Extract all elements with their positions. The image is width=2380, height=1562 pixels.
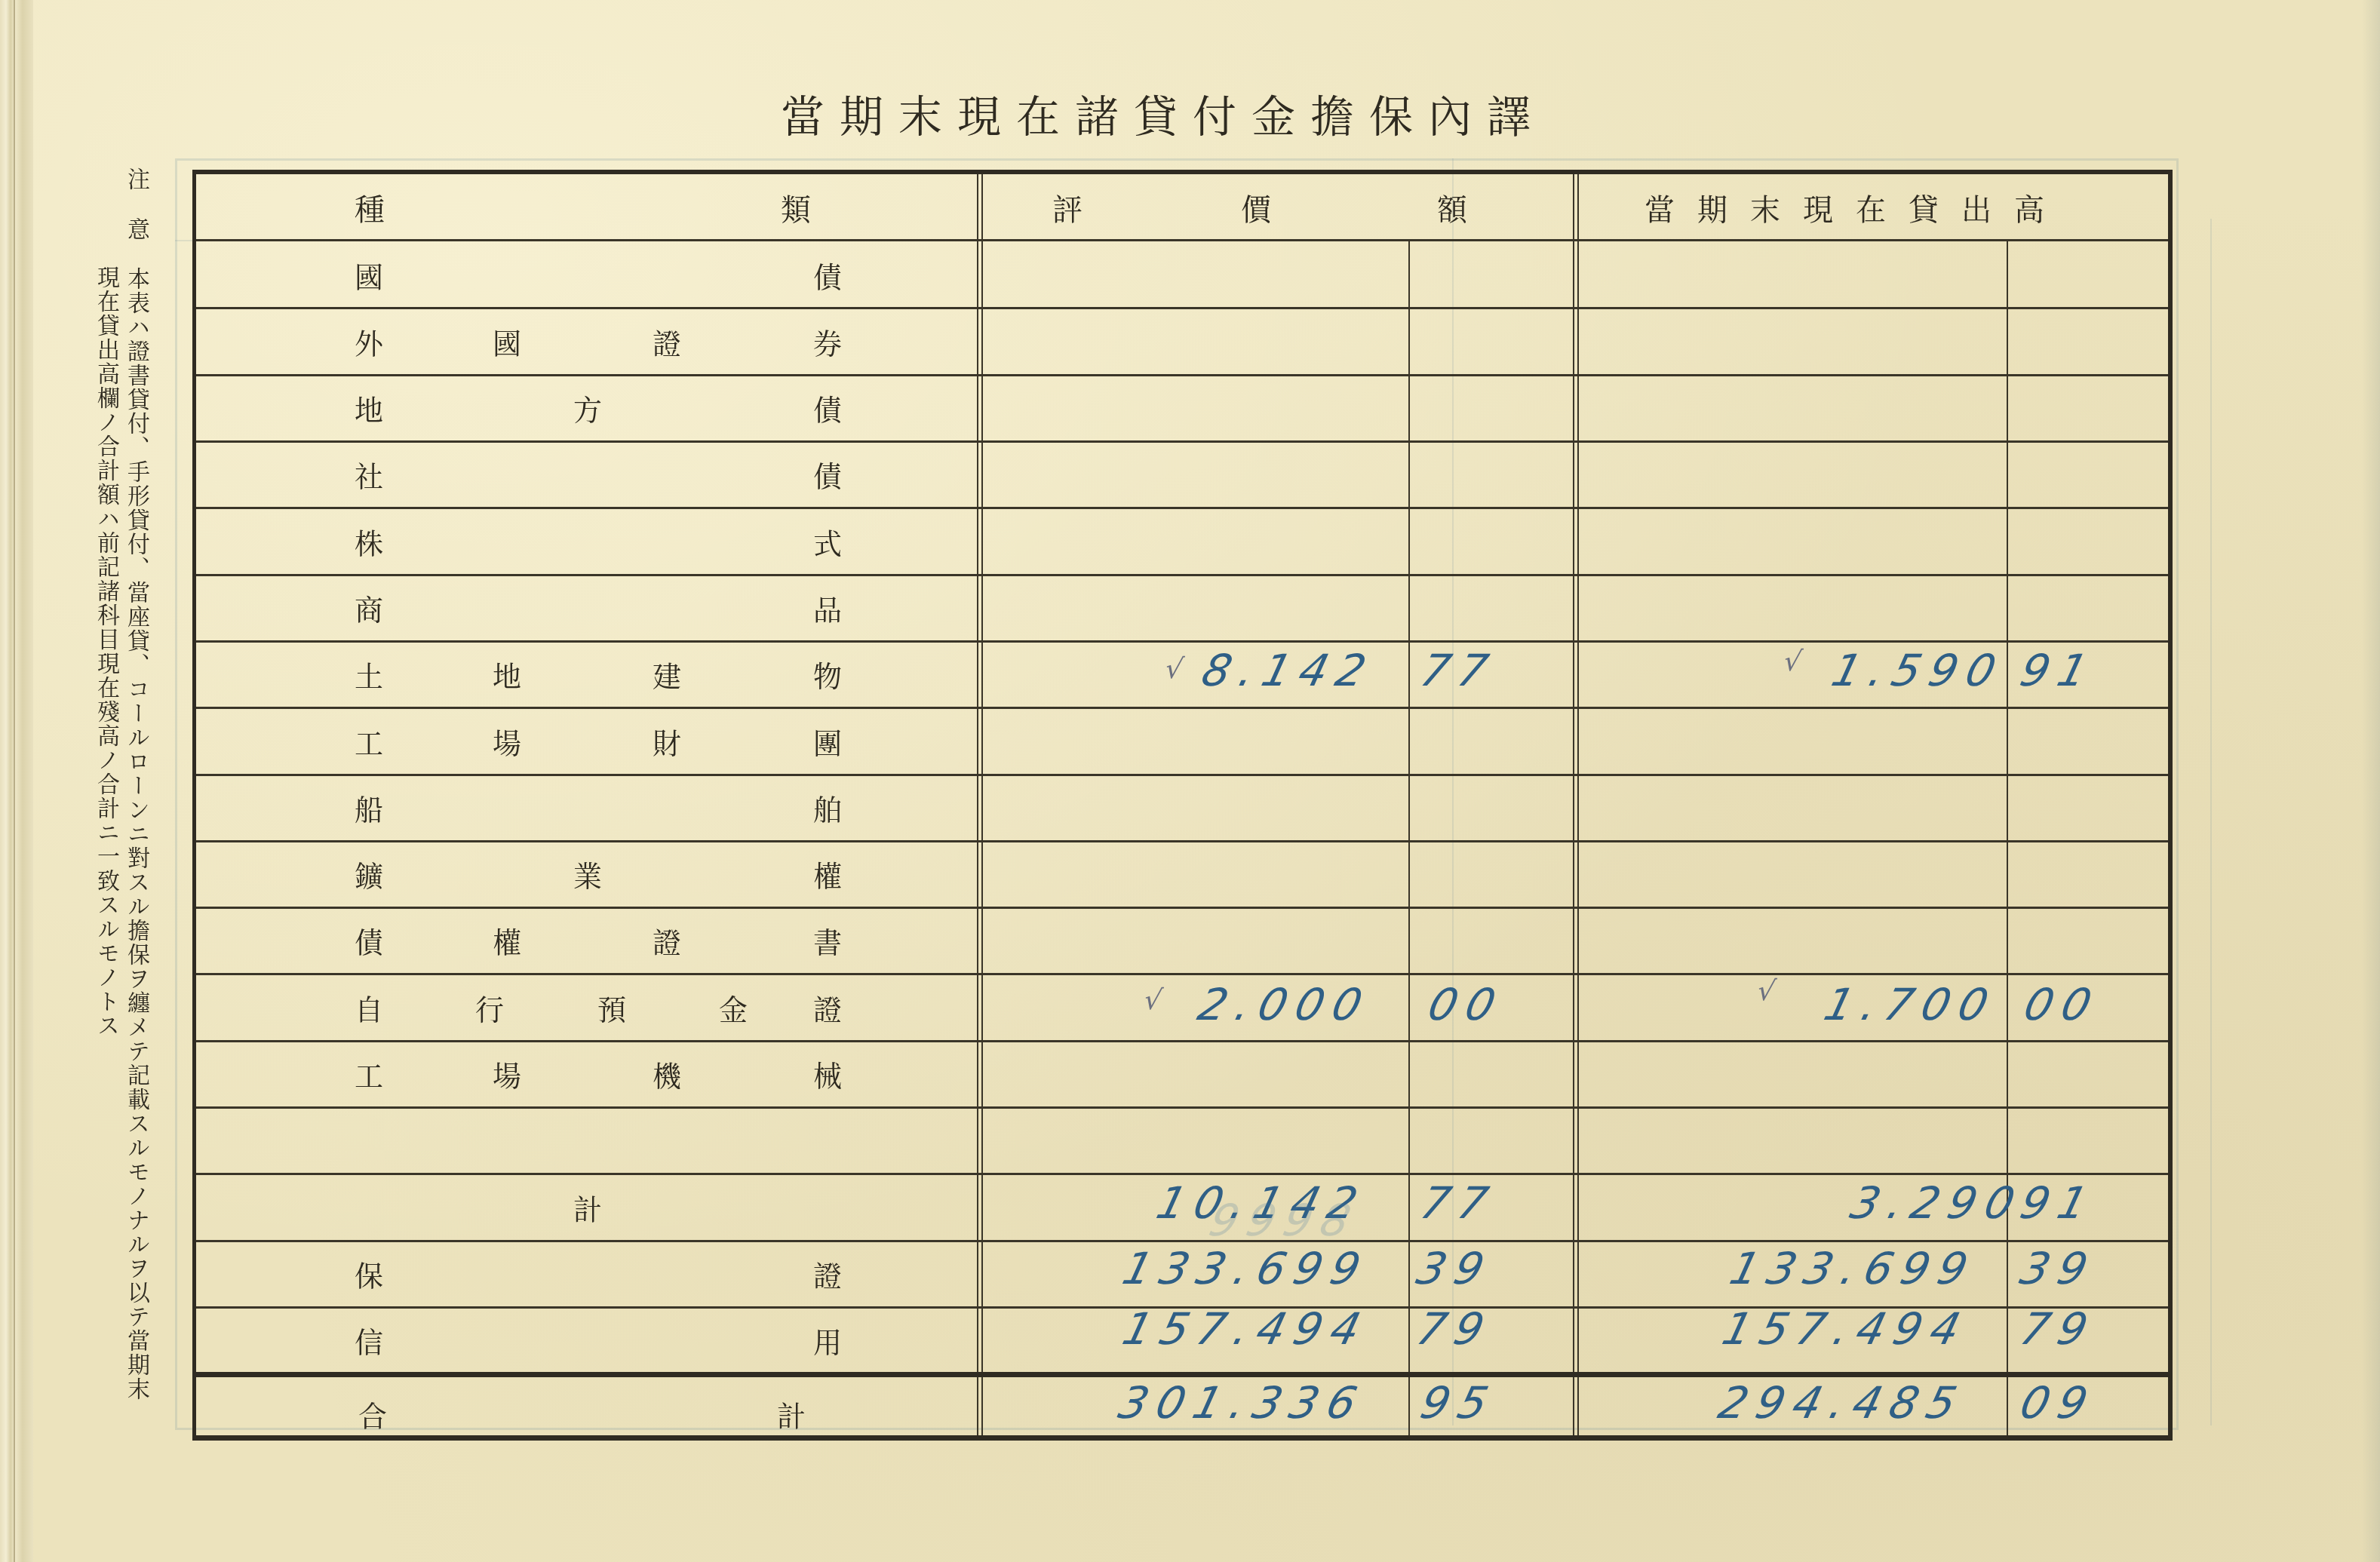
category-char: 品 [813,587,842,628]
page-right-shadow [2362,0,2380,1562]
category-char: 商 [355,587,383,628]
table-row: 自 行 預 金 證 √ 2.000 00 √ 1.700 00 [192,973,2173,1040]
outstanding-sen: 09 [2016,1377,2102,1429]
category-char: 械 [813,1053,842,1094]
row-category: 鑛 業 權 [192,840,981,907]
row-category: 土 地 建 物 [192,640,981,707]
category-char: 債 [813,387,842,428]
category-char: 用 [813,1318,842,1360]
category-char: 預 [597,986,626,1027]
outstanding-yen: 133.699 [1725,1243,1982,1294]
category-char: 機 [653,1053,681,1094]
category-char: 建 [653,653,681,695]
row-category: 信 用 [192,1306,981,1372]
show-through-digits: 9998 [1205,1195,1365,1246]
category-char: 場 [493,1053,521,1094]
category-char: 證 [653,919,681,961]
category-char: 場 [493,720,521,761]
outstanding-sen: 91 [2016,645,2102,696]
category-char: 地 [355,387,383,428]
table-row: 債 權 證 書 [192,907,2173,973]
note-text-line2: 現在貸出高欄ノ合計額ハ前記諸科目現在殘高ノ合計ニ一致スルモノトス [93,265,119,1038]
category-char: 工 [355,720,383,761]
check-mark-icon: √ [1141,985,1164,1016]
category-char: 權 [493,919,521,961]
category-char: 證 [813,1253,842,1294]
category-char: 社 [355,453,383,495]
category-char: 證 [813,986,842,1027]
outstanding-yen: 1.590 [1827,645,2010,696]
page-title: 當期末現在諸貸付金擔保內譯 [781,81,1546,145]
category-char: 地 [493,653,521,695]
row-category: 船 舶 [192,774,981,840]
table-row: 社 債 [192,440,2173,507]
category-char: 外 [355,320,383,361]
category-char: 證 [653,320,681,361]
outstanding-yen: 294.485 [1714,1377,1971,1429]
category-char: 工 [355,1053,383,1094]
outstanding-sen: 39 [2016,1243,2102,1294]
category-char: 方 [573,387,602,428]
category-char: 物 [813,653,842,695]
collateral-breakdown-table: 種 類 評 價 額 當期末現在貸出高 國 債 外 國 證 券 地 方 [192,170,2173,1441]
check-mark-icon: √ [1755,976,1777,1007]
row-category: 株 式 [192,507,981,574]
category-char: 土 [355,653,383,695]
outstanding-yen: 1.700 [1820,979,2003,1030]
category-char: 舶 [813,787,842,828]
category-char: 株 [355,520,383,561]
header-category-right: 類 [781,186,811,232]
outstanding-yen: 157.494 [1718,1303,1975,1355]
category-char: 國 [493,320,521,361]
category-char: 國 [355,253,383,295]
row-category: 自 行 預 金 證 [192,973,981,1040]
note-label: 注意 [123,167,149,267]
row-category: 合 計 [192,1377,981,1435]
row-category: 計 [192,1173,981,1240]
valuation-sen: 79 [1412,1303,1499,1355]
table-row: 工 場 機 械 [192,1040,2173,1106]
valuation-yen: 157.494 [1118,1303,1375,1355]
valuation-yen: 133.699 [1118,1243,1375,1294]
category-char: 團 [813,720,842,761]
category-char: 財 [653,720,681,761]
row-category: 工 場 機 械 [192,1040,981,1106]
category-char: 行 [475,986,504,1027]
header-category-left: 種 [355,186,385,232]
valuation-sen: 00 [1423,979,1510,1030]
outstanding-sen: 00 [2019,979,2106,1030]
table-row-grand-total: 合 計 301.336 95 294.485 09 [192,1377,2173,1435]
table-row: 土 地 建 物 √ 8.142 77 √ 1.590 91 [192,640,2173,707]
valuation-sen: 39 [1412,1243,1499,1294]
category-char: 債 [355,919,383,961]
table-row: 地 方 債 [192,374,2173,440]
valuation-yen: 2.000 [1193,979,1377,1030]
note-text-line1: 本表ハ證書貸付、手形貸付、當座貸、コールローンニ對スル擔保ヲ纏メテ記載スルモノナ… [123,267,149,1401]
category-char: 權 [813,853,842,895]
valuation-yen: 301.336 [1114,1377,1371,1429]
page-edge-line [14,0,15,1562]
row-category: 地 方 債 [192,374,981,440]
category-char: 自 [355,986,383,1027]
row-category: 債 權 證 書 [192,907,981,973]
category-char: 金 [719,986,748,1027]
table-border-bottom [192,1435,2173,1441]
table-row: 鑛 業 權 [192,840,2173,907]
category-char: 業 [573,853,602,895]
note-column-1: 注意本表ハ證書貸付、手形貸付、當座貸、コールローンニ對スル擔保ヲ纏メテ記載スルモ… [121,167,151,1401]
valuation-sen: 95 [1416,1377,1503,1429]
note-column-2: 現在貸出高欄ノ合計額ハ前記諸科目現在殘高ノ合計ニ一致スルモノトス [91,265,121,1038]
page-binding-edge [0,0,33,1562]
outstanding-sen: 91 [2016,1177,2102,1229]
category-char: 船 [355,787,383,828]
header-valuation-char3: 額 [1437,186,1467,232]
row-category: 工 場 財 團 [192,707,981,774]
category-char: 信 [355,1318,383,1360]
category-char: 保 [355,1253,383,1294]
category-char: 合 [358,1392,387,1434]
table-row: 工 場 財 團 [192,707,2173,774]
total-separator [196,1372,2168,1377]
category-char: 鑛 [355,853,383,895]
row-category: 國 債 [192,241,981,307]
table-row: 國 債 [192,241,2173,307]
header-valuation-char1: 評 [1052,186,1083,232]
category-char: 計 [777,1392,806,1434]
check-mark-icon: √ [1781,646,1804,677]
valuation-sen: 77 [1416,645,1503,696]
header-valuation-char2: 價 [1241,186,1271,232]
table-row-blank [192,1106,2173,1173]
row-category: 外 國 證 券 [192,307,981,374]
outstanding-yen: 3.290 [1846,1177,2029,1229]
table-border-top [192,170,2173,174]
valuation-yen: 8.142 [1197,645,1380,696]
table-row: 外 國 證 券 [192,307,2173,374]
table-row: 信 用 157.494 79 157.494 79 [192,1306,2173,1372]
row-category: 社 債 [192,440,981,507]
row-category: 保 證 [192,1240,981,1306]
table-row: 株 式 [192,507,2173,574]
table-row: 保 證 9998 133.699 39 133.699 39 [192,1240,2173,1306]
header-outstanding: 當期末現在貸出高 [1645,186,2067,232]
outstanding-sen: 79 [2016,1303,2102,1355]
valuation-sen: 77 [1416,1177,1503,1229]
table-row-subtotal: 計 10.142 77 3.290 91 [192,1173,2173,1240]
table-row: 船 舶 [192,774,2173,840]
category-char: 券 [813,320,842,361]
show-through-line [2210,219,2212,1425]
category-char: 債 [813,253,842,295]
category-char: 書 [813,919,842,961]
category-char: 債 [813,453,842,495]
category-char: 計 [573,1186,602,1227]
row-category: 商 品 [192,574,981,640]
check-mark-icon: √ [1162,654,1185,685]
table-row: 商 品 [192,574,2173,640]
category-char: 式 [813,520,842,561]
